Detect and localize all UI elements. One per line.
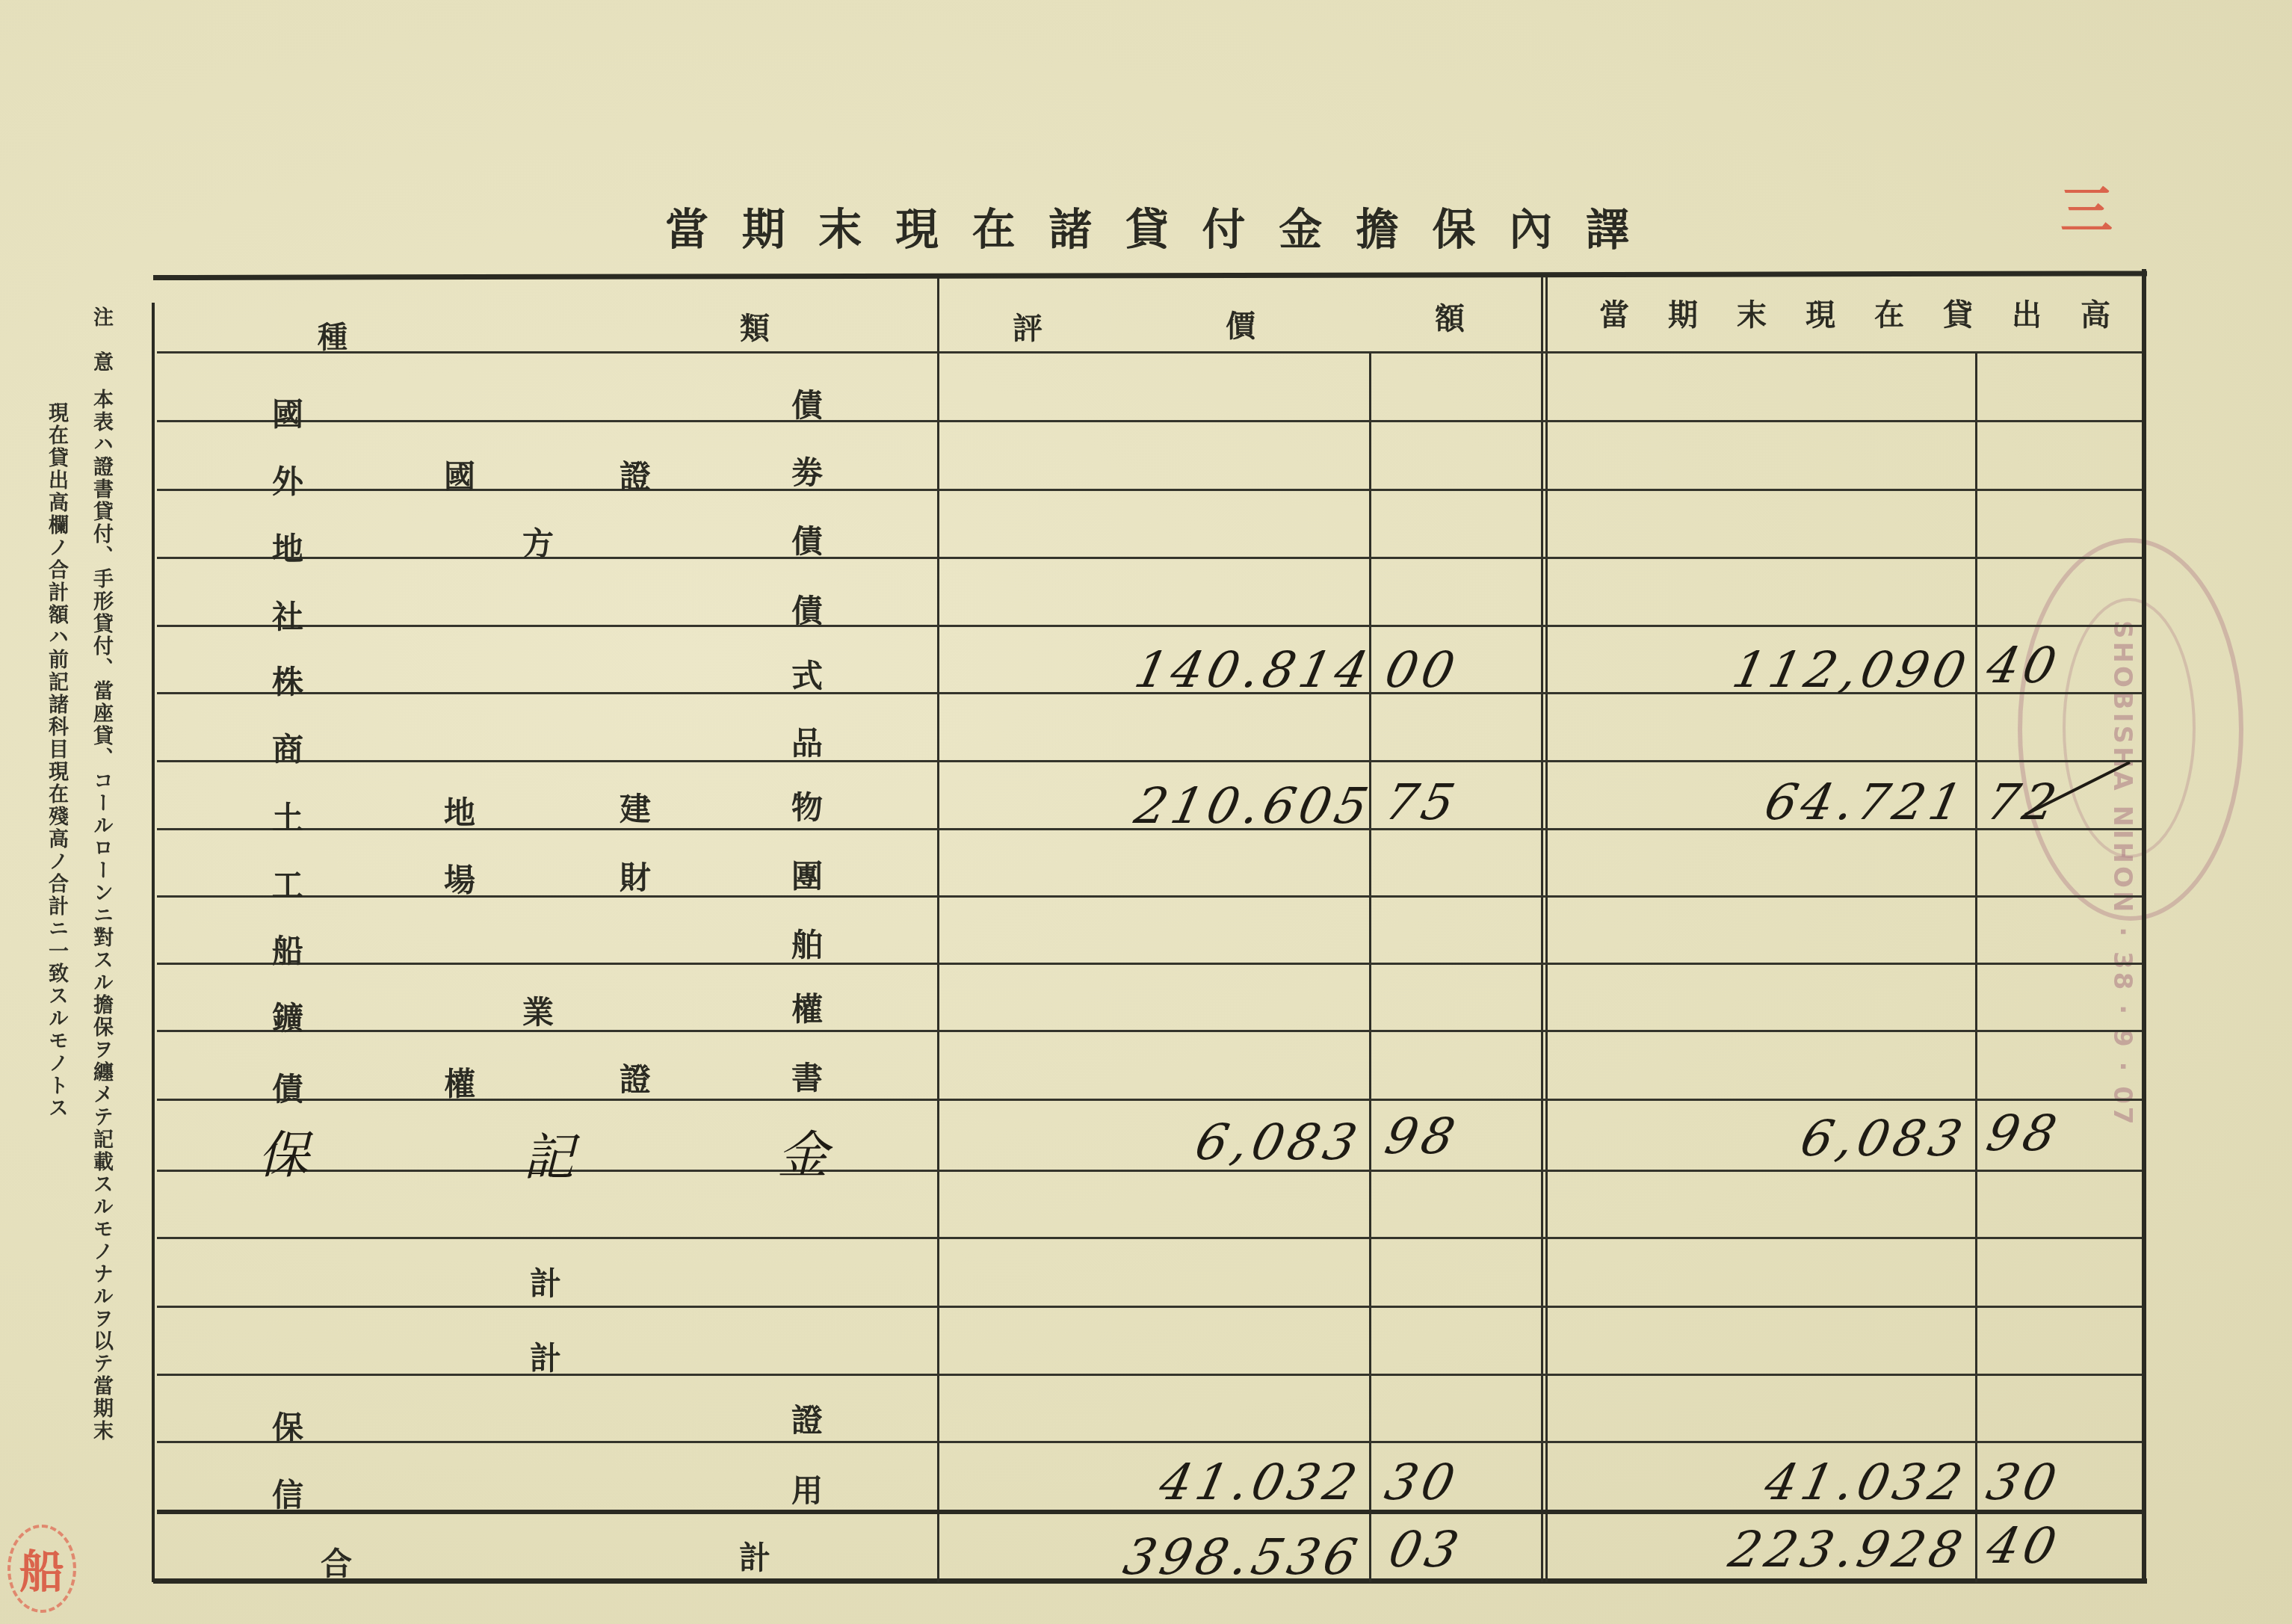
row-6-char-4: 物 — [785, 783, 830, 828]
row-11-outstanding-sen: 98 — [1982, 1105, 2066, 1162]
row-3-char-1: 社 — [265, 593, 310, 637]
row-5-char-1: 商 — [265, 725, 310, 770]
row-17-char-4: 計 — [732, 1534, 777, 1578]
column-divider-outstanding-sen — [1975, 351, 1977, 1582]
row-16-valuation-sen: 30 — [1380, 1454, 1464, 1511]
row-7-char-3: 財 — [613, 853, 658, 898]
row-10-char-3: 證 — [613, 1055, 658, 1100]
row-line — [157, 760, 2142, 762]
row-1-char-2: 國 — [437, 452, 482, 497]
row-line — [157, 1374, 2142, 1376]
row-0-char-1: 國 — [265, 390, 310, 435]
header-outstanding-char: 期 — [1668, 291, 1698, 334]
row-1-char-3: 證 — [613, 452, 658, 497]
header-valuation-char-1: 評 — [1013, 305, 1042, 348]
row-11-hand-char-2: 記 — [523, 1117, 574, 1190]
title-char: 金 — [1279, 194, 1322, 257]
row-10-char-4: 書 — [785, 1054, 830, 1099]
title-char: 內 — [1509, 194, 1552, 257]
red-seal-top-right: 三 — [2048, 158, 2125, 254]
title-char: 保 — [1433, 194, 1476, 257]
row-11-valuation-sen: 98 — [1380, 1108, 1464, 1165]
row-2-char-2: 方 — [516, 519, 560, 564]
header-outstanding-char: 出 — [2012, 291, 2042, 334]
total-outstanding-sen: 40 — [1982, 1517, 2066, 1575]
row-6-char-1: 土 — [265, 794, 310, 839]
title-char: 當 — [665, 194, 708, 257]
row-4-outstanding-yen: 112,090 — [1728, 641, 1971, 699]
total-valuation-sen: 03 — [1384, 1521, 1468, 1578]
notes-line-2: 現在貸出高欄ノ合計額ハ前記諸科目現在殘高ノ合計ニ一致スルモノトス — [43, 402, 69, 1120]
notes-label: 注 意 — [88, 306, 114, 374]
title-char: 末 — [818, 194, 862, 257]
column-divider-valuation-sen — [1369, 351, 1371, 1582]
table-border-right — [2142, 269, 2146, 1583]
row-line — [157, 1030, 2142, 1032]
row-6-char-3: 建 — [613, 785, 658, 830]
row-6-outstanding-yen: 64.721 — [1728, 774, 1971, 831]
row-16-outstanding-sen: 30 — [1982, 1454, 2066, 1511]
row-6-valuation-sen: 75 — [1380, 774, 1464, 831]
row-8-char-1: 船 — [265, 927, 310, 972]
row-11-hand-char-1: 保 — [258, 1115, 309, 1188]
total-valuation-yen: 398.536 — [1093, 1528, 1366, 1586]
header-outstanding-char: 高 — [2081, 291, 2110, 334]
row-6-char-2: 地 — [437, 788, 482, 833]
row-14-total: 計 — [523, 1334, 568, 1379]
row-line — [157, 351, 2142, 353]
row-13-subtotal: 計 — [523, 1259, 568, 1304]
row-line — [157, 420, 2142, 422]
header-outstanding: 當 期 末 現 在 貸 出 高 — [1599, 291, 2110, 334]
table-border-top — [153, 271, 2147, 280]
row-line — [157, 1441, 2142, 1443]
row-9-char-3: 業 — [516, 988, 560, 1033]
notes-line-1: 本表ハ證書貸付、手形貸付、當座貸、コールローンニ對スル擔保ヲ纏メテ記載スルモノナ… — [88, 389, 114, 1442]
row-15-char-4: 證 — [785, 1396, 830, 1441]
header-outstanding-char: 末 — [1737, 291, 1767, 334]
title-char: 擔 — [1356, 194, 1399, 257]
row-11-outstanding-yen: 6,083 — [1728, 1110, 1971, 1167]
check-mark-icon — [2018, 747, 2137, 822]
row-6-valuation-yen: 210.605 — [1130, 777, 1366, 835]
row-line — [157, 963, 2142, 965]
title-char: 付 — [1202, 194, 1246, 257]
row-15-char-1: 保 — [265, 1404, 310, 1448]
header-outstanding-char: 在 — [1874, 291, 1904, 334]
row-line — [157, 557, 2142, 559]
row-line — [157, 625, 2142, 627]
row-10-char-2: 權 — [437, 1060, 482, 1105]
table-border-left — [152, 303, 155, 1582]
column-divider-type — [937, 278, 939, 1582]
row-11-hand-char-4: 金 — [777, 1115, 828, 1188]
header-type-char-1: 種 — [318, 314, 347, 356]
row-line — [157, 1237, 2142, 1239]
row-7-char-1: 工 — [265, 861, 310, 906]
row-3-char-4: 債 — [785, 587, 830, 632]
row-2-char-4: 債 — [785, 517, 830, 562]
notes-column: 注 意 本表ハ證書貸付、手形貸付、當座貸、コールローンニ對スル擔保ヲ纏メテ記載ス… — [78, 306, 130, 1592]
row-16-valuation-yen: 41.032 — [1130, 1454, 1366, 1511]
row-7-char-2: 場 — [437, 856, 482, 901]
column-divider-valuation-double — [1545, 277, 1548, 1582]
row-10-char-1: 債 — [265, 1065, 310, 1110]
row-4-valuation-sen: 00 — [1380, 641, 1464, 699]
red-seal-bottom-left: 船 — [7, 1525, 76, 1613]
title-char: 現 — [895, 194, 939, 257]
header-type-char-2: 類 — [740, 305, 770, 348]
row-17-char-1: 合 — [314, 1540, 359, 1584]
row-0-char-4: 債 — [785, 381, 830, 426]
row-7-char-4: 團 — [785, 852, 830, 897]
row-9-char-1: 鑛 — [265, 994, 310, 1039]
row-line — [157, 1306, 2142, 1308]
row-11-valuation-yen: 6,083 — [1130, 1114, 1366, 1171]
title-char: 在 — [972, 194, 1016, 257]
total-outstanding-yen: 223.928 — [1705, 1521, 1971, 1578]
row-5-char-4: 品 — [785, 719, 830, 764]
row-4-outstanding-sen: 40 — [1982, 637, 2066, 694]
title-char: 譯 — [1586, 194, 1629, 257]
row-9-char-4: 權 — [785, 985, 830, 1030]
row-4-valuation-yen: 140.814 — [1130, 641, 1366, 699]
header-outstanding-char: 貸 — [1943, 291, 1973, 334]
column-divider-valuation — [1541, 277, 1543, 1582]
header-outstanding-char: 當 — [1599, 291, 1629, 334]
row-16-char-4: 用 — [785, 1466, 830, 1511]
header-valuation-char-2: 價 — [1226, 303, 1255, 345]
row-16-outstanding-yen: 41.032 — [1728, 1454, 1971, 1511]
document-title: 當 期 末 現 在 諸 貸 付 金 擔 保 內 譯 — [665, 196, 1629, 256]
row-16-char-1: 信 — [265, 1471, 310, 1516]
header-valuation-char-3: 額 — [1435, 295, 1465, 338]
header-outstanding-char: 現 — [1806, 291, 1835, 334]
row-2-char-1: 地 — [265, 525, 310, 569]
row-1-char-4: 劵 — [785, 448, 830, 493]
title-char: 期 — [742, 194, 785, 257]
title-char: 貸 — [1125, 194, 1169, 257]
postmark-text: SHOBISHA NIHON · 38 · 9 · 07 — [2107, 620, 2137, 1127]
title-char: 諸 — [1048, 194, 1092, 257]
row-4-char-1: 株 — [265, 658, 310, 703]
row-8-char-4: 舶 — [785, 921, 830, 966]
row-4-char-4: 式 — [785, 652, 830, 697]
row-1-char-1: 外 — [265, 457, 310, 502]
